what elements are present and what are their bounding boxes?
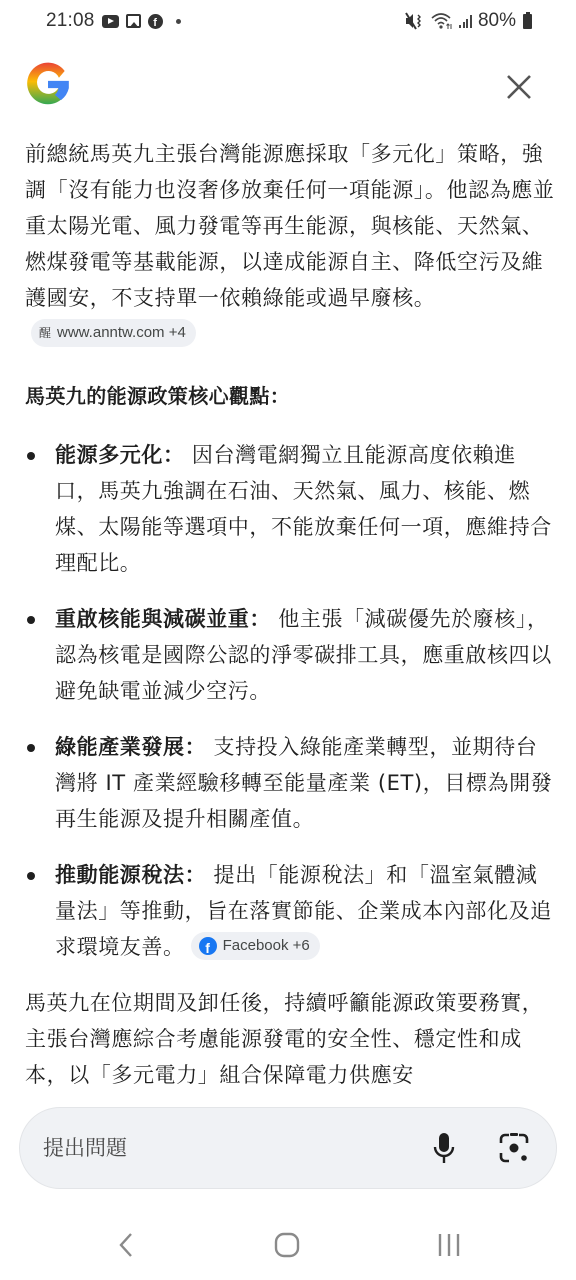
list-item-title: 能源多元化：	[55, 443, 185, 467]
intro-paragraph: 前總統馬英九主張台灣能源應採取「多元化」策略，強調「沒有能力也沒奢侈放棄任何一項…	[25, 136, 555, 352]
back-icon	[118, 1232, 134, 1258]
source-chip-facebook[interactable]: fFacebook +6	[191, 932, 320, 960]
signal-icon	[459, 15, 472, 28]
more-notifications-dot-icon	[176, 19, 181, 24]
key-points-list: 能源多元化： 因台灣電網獨立且能源高度依賴進口，馬英九強調在石油、天然氣、風力、…	[25, 437, 555, 965]
list-item: 推動能源稅法： 提出「能源稅法」和「溫室氣體減量法」等推動，旨在落實節能、企業成…	[25, 857, 555, 965]
list-item: 重啟核能與減碳並重： 他主張「減碳優先於廢核」，認為核電是國際公認的淨零碳排工具…	[25, 601, 555, 709]
list-item: 能源多元化： 因台灣電網獨立且能源高度依賴進口，馬英九強調在石油、天然氣、風力、…	[25, 437, 555, 581]
list-item: 綠能產業發展： 支持投入綠能產業轉型，並期待台灣將 IT 產業經驗移轉至能量產業…	[25, 729, 555, 837]
ask-bar	[19, 1107, 557, 1189]
source-chip-label: Facebook +6	[223, 928, 310, 964]
gallery-icon	[126, 14, 141, 28]
google-lens-icon	[499, 1133, 529, 1163]
list-item-title: 推動能源稅法：	[55, 863, 206, 887]
intro-text: 前總統馬英九主張台灣能源應採取「多元化」策略，強調「沒有能力也沒奢侈放棄任何一項…	[25, 142, 555, 310]
source-chip-anntw[interactable]: 醒www.anntw.com +4	[31, 319, 196, 347]
google-lens-button[interactable]	[494, 1128, 534, 1168]
facebook-icon: f	[148, 14, 163, 29]
header	[0, 58, 576, 116]
mute-vibrate-icon	[405, 12, 425, 30]
status-bar-right: 80%	[405, 10, 532, 32]
anntw-favicon-icon: 醒	[39, 315, 51, 351]
wifi-icon	[431, 12, 453, 30]
voice-search-button[interactable]	[424, 1128, 464, 1168]
back-button[interactable]	[106, 1228, 146, 1262]
home-button[interactable]	[267, 1228, 307, 1262]
close-icon	[506, 74, 532, 100]
section-title: 馬英九的能源政策核心觀點：	[25, 379, 555, 413]
recents-button[interactable]	[429, 1228, 469, 1262]
system-nav-bar	[0, 1220, 576, 1270]
home-icon	[274, 1232, 300, 1258]
microphone-icon	[432, 1132, 456, 1164]
list-item-title: 綠能產業發展：	[55, 735, 206, 759]
recents-icon	[437, 1233, 461, 1257]
status-bar: 21:08 f 80%	[0, 0, 576, 42]
google-logo-icon	[23, 60, 73, 110]
closing-paragraph: 馬英九在位期間及卸任後，持續呼籲能源政策要務實，主張台灣應綜合考慮能源發電的安全…	[25, 985, 555, 1093]
battery-percent: 80%	[478, 10, 516, 32]
close-button[interactable]	[500, 68, 538, 106]
status-bar-left: 21:08 f	[46, 10, 181, 32]
battery-icon	[523, 14, 532, 29]
list-item-title: 重啟核能與減碳並重：	[55, 607, 271, 631]
clock: 21:08	[46, 10, 95, 32]
facebook-favicon-icon: f	[199, 937, 217, 955]
youtube-icon	[102, 15, 119, 28]
source-chip-label: www.anntw.com +4	[57, 315, 186, 351]
ai-answer-content: 前總統馬英九主張台灣能源應採取「多元化」策略，強調「沒有能力也沒奢侈放棄任何一項…	[25, 136, 555, 1093]
ask-question-input[interactable]	[43, 1136, 424, 1160]
